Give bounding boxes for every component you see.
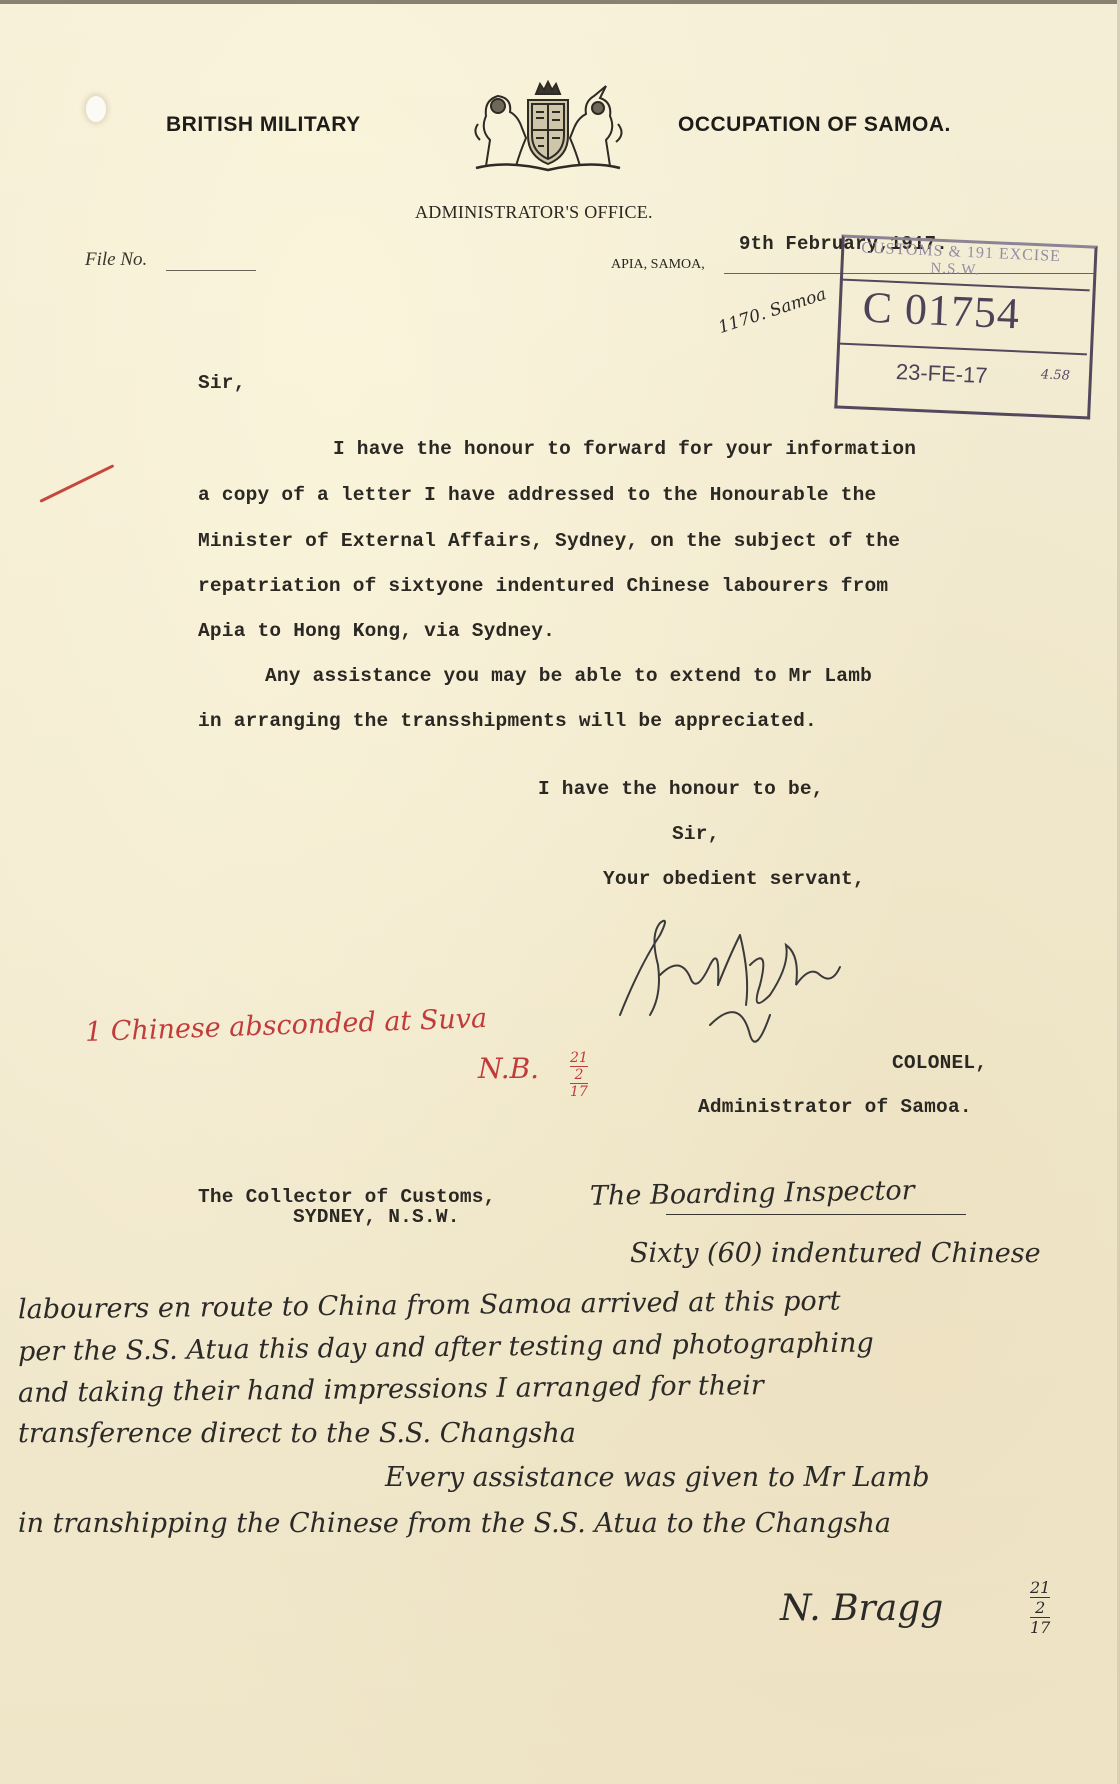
stamp-line2: N.S.W. [930,260,980,279]
inspector-signature-date: 21 2 17 [1030,1578,1050,1637]
inspector-signature: N. Bragg [780,1588,943,1629]
body-line: Apia to Hong Kong, via Sydney. [198,620,555,642]
handwritten-heading: The Boarding Inspector [590,1175,915,1212]
handwritten-line: transference direct to the S.S. Changsha [18,1418,576,1449]
handwritten-line: Sixty (60) indentured Chinese [630,1238,1041,1269]
red-annotation-initials: N.B. [478,1052,539,1085]
handwritten-line: Every assistance was given to Mr Lamb [385,1462,930,1493]
body-line: repatriation of sixtyone indentured Chin… [198,575,888,597]
closing-line: Your obedient servant, [603,868,865,890]
file-no-label: File No. [85,249,147,271]
place-label: APIA, SAMOA, [611,257,705,273]
punch-hole [86,96,106,122]
page-top-edge [0,0,1120,4]
closing-line: Sir, [672,823,720,845]
date-year: 17 [570,1083,588,1100]
stamp-date: 23-FE-17 [895,359,988,389]
salutation: Sir, [198,372,246,394]
date-month: 2 [1030,1597,1050,1617]
body-line: a copy of a letter I have addressed to t… [198,484,876,506]
royal-coat-of-arms-icon [466,80,630,172]
signatory-title: Administrator of Samoa. [698,1096,972,1118]
body-line: Minister of External Affairs, Sydney, on… [198,530,900,552]
file-no-line [166,270,256,271]
body-line: Any assistance you may be able to extend… [265,665,872,687]
heading-underline [666,1214,966,1215]
administrator-signature: Robt Logan [600,905,900,1055]
closing-line: I have the honour to be, [538,778,824,800]
stamp-number: C 01754 [862,282,1021,340]
addressee-line: SYDNEY, N.S.W. [293,1206,460,1228]
date-month: 2 [570,1066,588,1083]
red-annotation-date: 21 2 17 [570,1050,588,1100]
signatory-rank: COLONEL, [892,1052,987,1074]
date-year: 17 [1030,1617,1050,1637]
stamp-time: 4.58 [1041,367,1071,383]
addressee-line: The Collector of Customs, [198,1186,496,1208]
customs-received-stamp: CUSTOMS & 191 EXCISE N.S.W. C 01754 23-F… [834,235,1095,418]
letterhead-right: OCCUPATION OF SAMOA. [678,113,951,137]
date-day: 21 [1030,1578,1050,1597]
office-name: ADMINISTRATOR'S OFFICE. [415,202,653,223]
handwritten-line: in transhipping the Chinese from the S.S… [18,1508,891,1539]
body-line: I have the honour to forward for your in… [333,438,916,460]
date-day: 21 [570,1050,588,1066]
signature-text: Robt Logan [600,892,696,910]
body-line: in arranging the transshipments will be … [198,710,817,732]
letterhead-left: BRITISH MILITARY [166,113,361,137]
